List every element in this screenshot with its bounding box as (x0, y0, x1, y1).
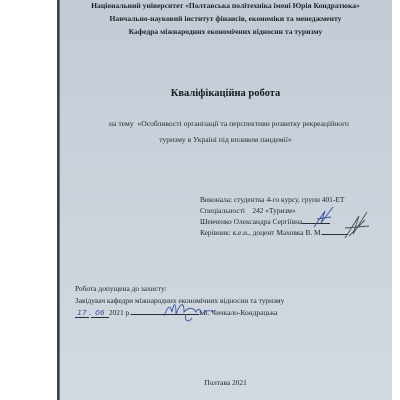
topic-line-1: на тему «Особливості організації та перс… (109, 119, 349, 128)
author-line: Виконала: студентка 4-го курсу, групи 40… (200, 195, 344, 204)
head-signature-icon (162, 298, 224, 326)
city-year: Полтава 2021 (59, 378, 392, 387)
date-year: 2021 р. (109, 308, 131, 317)
department-name: Кафедра міжнародних економічних відносин… (59, 27, 392, 36)
document-page: Національний університет «Полтавська пол… (57, 0, 392, 400)
document-title: Кваліфікаційна робота (59, 88, 392, 99)
date-day: 17 (75, 308, 89, 318)
university-name: Національний університет «Полтавська пол… (59, 1, 392, 10)
student-name: Шевченко Олександра Сергіївна (200, 217, 302, 226)
topic-prefix: на тему (109, 119, 134, 128)
specialty-label: Спеціальності (200, 206, 245, 215)
institute-name: Навчально-науковий інститут фінансів, ек… (59, 14, 392, 23)
specialty-line: Спеціальності 242 «Туризм» (200, 206, 296, 215)
admission-line: Робота допущена до захисту: (75, 284, 167, 293)
supervisor: Керівник: к.е.н., доцент Маховка В. М. (200, 228, 322, 237)
supervisor-signature-icon (341, 210, 373, 242)
date-month: 06 (91, 308, 109, 318)
student-signature-icon (311, 205, 339, 231)
topic-text-1: «Особливості організації та перспективи … (137, 119, 348, 128)
topic-line-2: туризму в Україні під впливом пандемії» (59, 135, 392, 144)
specialty-value: 242 «Туризм» (252, 206, 295, 215)
